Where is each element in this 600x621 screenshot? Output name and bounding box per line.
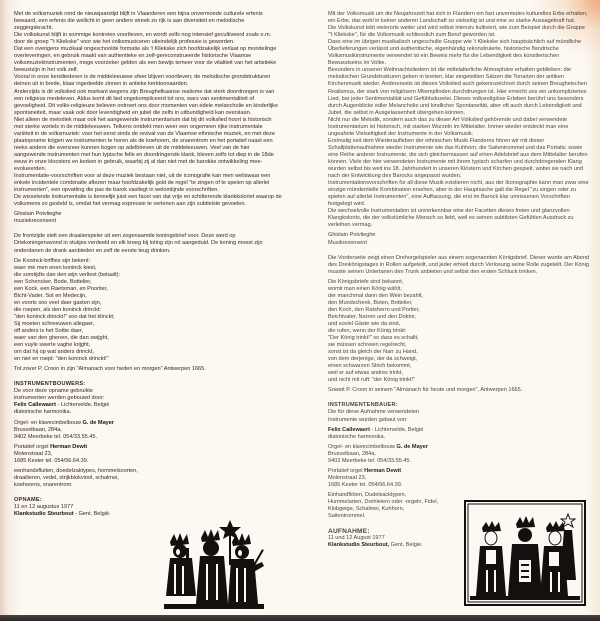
signature-name: Ghislain Potvlieghe	[14, 211, 282, 218]
builder-details: Brusselbaan, 284a, 9402 Meerbeke tel. 05…	[14, 427, 97, 440]
verse-text: waer mè men enen koninck kiest, die somt…	[14, 265, 282, 364]
instrument-list: eenhandsfluiten, doedelzaktypes, hommels…	[14, 468, 282, 489]
verse-intro: Die Königsbriefe sind bekannt,	[328, 279, 590, 286]
intro-paragraph: De wisselende instrumentatie is kennelij…	[14, 194, 282, 208]
builder-de-mayer: Orgel- en klavecimbelbouw G. de Mayer Br…	[14, 420, 282, 441]
intro-paragraph: Met de volksmuziek rond de nieuwjaarstij…	[14, 11, 282, 32]
builder-prefix: Portatief orgel	[14, 444, 50, 450]
source-note: Tot zover P. Croon in zijn "Almanach voo…	[14, 366, 282, 373]
builders-intro: De voor deze opname gebruikte instrument…	[14, 388, 282, 402]
builder-details: Brusselbaan, 284a, 9402 Meerbeke tel. 05…	[328, 451, 411, 464]
intro-paragraph: Anderzijds is dit volkslied ook markant …	[14, 89, 282, 117]
studio-name: Klankstudio Steurbout	[14, 511, 74, 517]
signature-name: Ghislain Potvlieghe	[328, 232, 590, 239]
intro-paragraph: Instrumentatie-voorschriften voor al dez…	[14, 173, 282, 194]
builder-prefix: Orgel- en klavecimbelbouw	[14, 420, 83, 426]
builder-prefix: Portatief orgel	[328, 468, 364, 474]
front-cover-description: De frontzijde stelt een draaiierspeler u…	[14, 233, 282, 254]
signature-role: muziekrecensent	[14, 218, 282, 225]
studio-location: - Gent, België.	[74, 511, 111, 517]
recording-dates: 11 en 12 augustus 1977	[14, 504, 282, 511]
builder-dewit: Portatief orgel Herman Dewit Molenstraat…	[14, 444, 282, 465]
woodcut-illustration-icon	[164, 518, 268, 610]
builder-callewaert: Felix Callewaert - Lichtervelde, België …	[328, 427, 590, 441]
dutch-liner-notes-column: Met de volksmuziek rond de nieuwjaarstij…	[14, 11, 282, 518]
german-liner-notes-column: Mit der Volksmusik um die Neujahrszeit h…	[328, 11, 590, 549]
builder-callewaert: Felix Callewaert - Lichtervelde, België …	[14, 402, 282, 416]
source-note: Soweit P. Croon in seinem "Almanach für …	[328, 387, 590, 394]
recording-heading: OPNAME:	[14, 497, 282, 504]
scan-bottom-edge	[0, 615, 600, 621]
intro-paragraph: Dass eine im übrigen musikalisch ungesch…	[328, 39, 590, 67]
builder-details: Molenstraat 23, 1685 Kester tel. 054/56.…	[328, 475, 402, 488]
intro-paragraph: Niet alleen de melodiek maar ook het aan…	[14, 117, 282, 173]
intro-paragraph: Die wechselvolle Instrumentation ist unv…	[328, 208, 590, 229]
framed-three-kings-woodcut	[464, 500, 586, 606]
builder-name: Felix Callewaert	[328, 427, 370, 433]
builder-name: G. de Mayer	[397, 444, 429, 450]
intro-paragraph: Dat een overigens muzikaal ongeschoolde …	[14, 46, 282, 74]
builder-dewit: Portatief orgel Herman Dewit Molenstraat…	[328, 468, 590, 489]
studio-location: Gent, Belgie.	[389, 542, 423, 548]
builders-heading: INSTRUMENTENBAUER:	[328, 402, 590, 409]
builder-details: Molenstraat 23, 1685 Kester tel. 054/56.…	[14, 451, 88, 464]
intro-paragraph: Besonders in unseren Weihnachtsliedern i…	[328, 67, 590, 116]
woodcut-illustration-icon	[464, 500, 586, 606]
builder-de-mayer: Orgel- en klavecimbelbouw G. de Mayer Br…	[328, 444, 590, 465]
front-cover-description: Die Vorderseite zeigt einen Drehorgelspi…	[328, 255, 590, 276]
signature-role: Musikrezensent	[328, 240, 590, 247]
verse-text: womit man einen König wählt, der manchma…	[328, 286, 590, 385]
three-kings-musicians-woodcut	[164, 518, 268, 610]
verse-intro: De Koninck-briffies sijn bekent:	[14, 258, 282, 265]
intro-paragraph: Vooral in onze kerstliederen is de midde…	[14, 74, 282, 88]
builder-name: G. de Mayer	[83, 420, 115, 426]
intro-paragraph: Die volkskunst blijft in sommige kontrei…	[14, 32, 282, 46]
intro-paragraph: Erstmalig seit dem Wiederaufleben der et…	[328, 138, 590, 180]
builder-prefix: Orgel- en klavecimbelbouw	[328, 444, 397, 450]
builders-heading: INSTRUMENTBOUWERS:	[14, 381, 282, 388]
intro-paragraph: Instrumentationsvorschriften für all die…	[328, 180, 590, 208]
builder-name: Felix Callewaert	[14, 402, 56, 408]
intro-paragraph: Die Volkskunst lebt vielerorts weiter un…	[328, 25, 590, 39]
builders-intro: Die für diese Aufnahme verwendeten Instr…	[328, 409, 590, 423]
intro-paragraph: Mit der Volksmusik um die Neujahrszeit h…	[328, 11, 590, 25]
intro-paragraph: Nicht nur die Melodik, sondern auch das …	[328, 117, 590, 138]
builder-name: Herman Dewit	[50, 444, 87, 450]
builder-name: Herman Dewit	[364, 468, 401, 474]
studio-name: Klankstudio Steurbout,	[328, 542, 389, 548]
